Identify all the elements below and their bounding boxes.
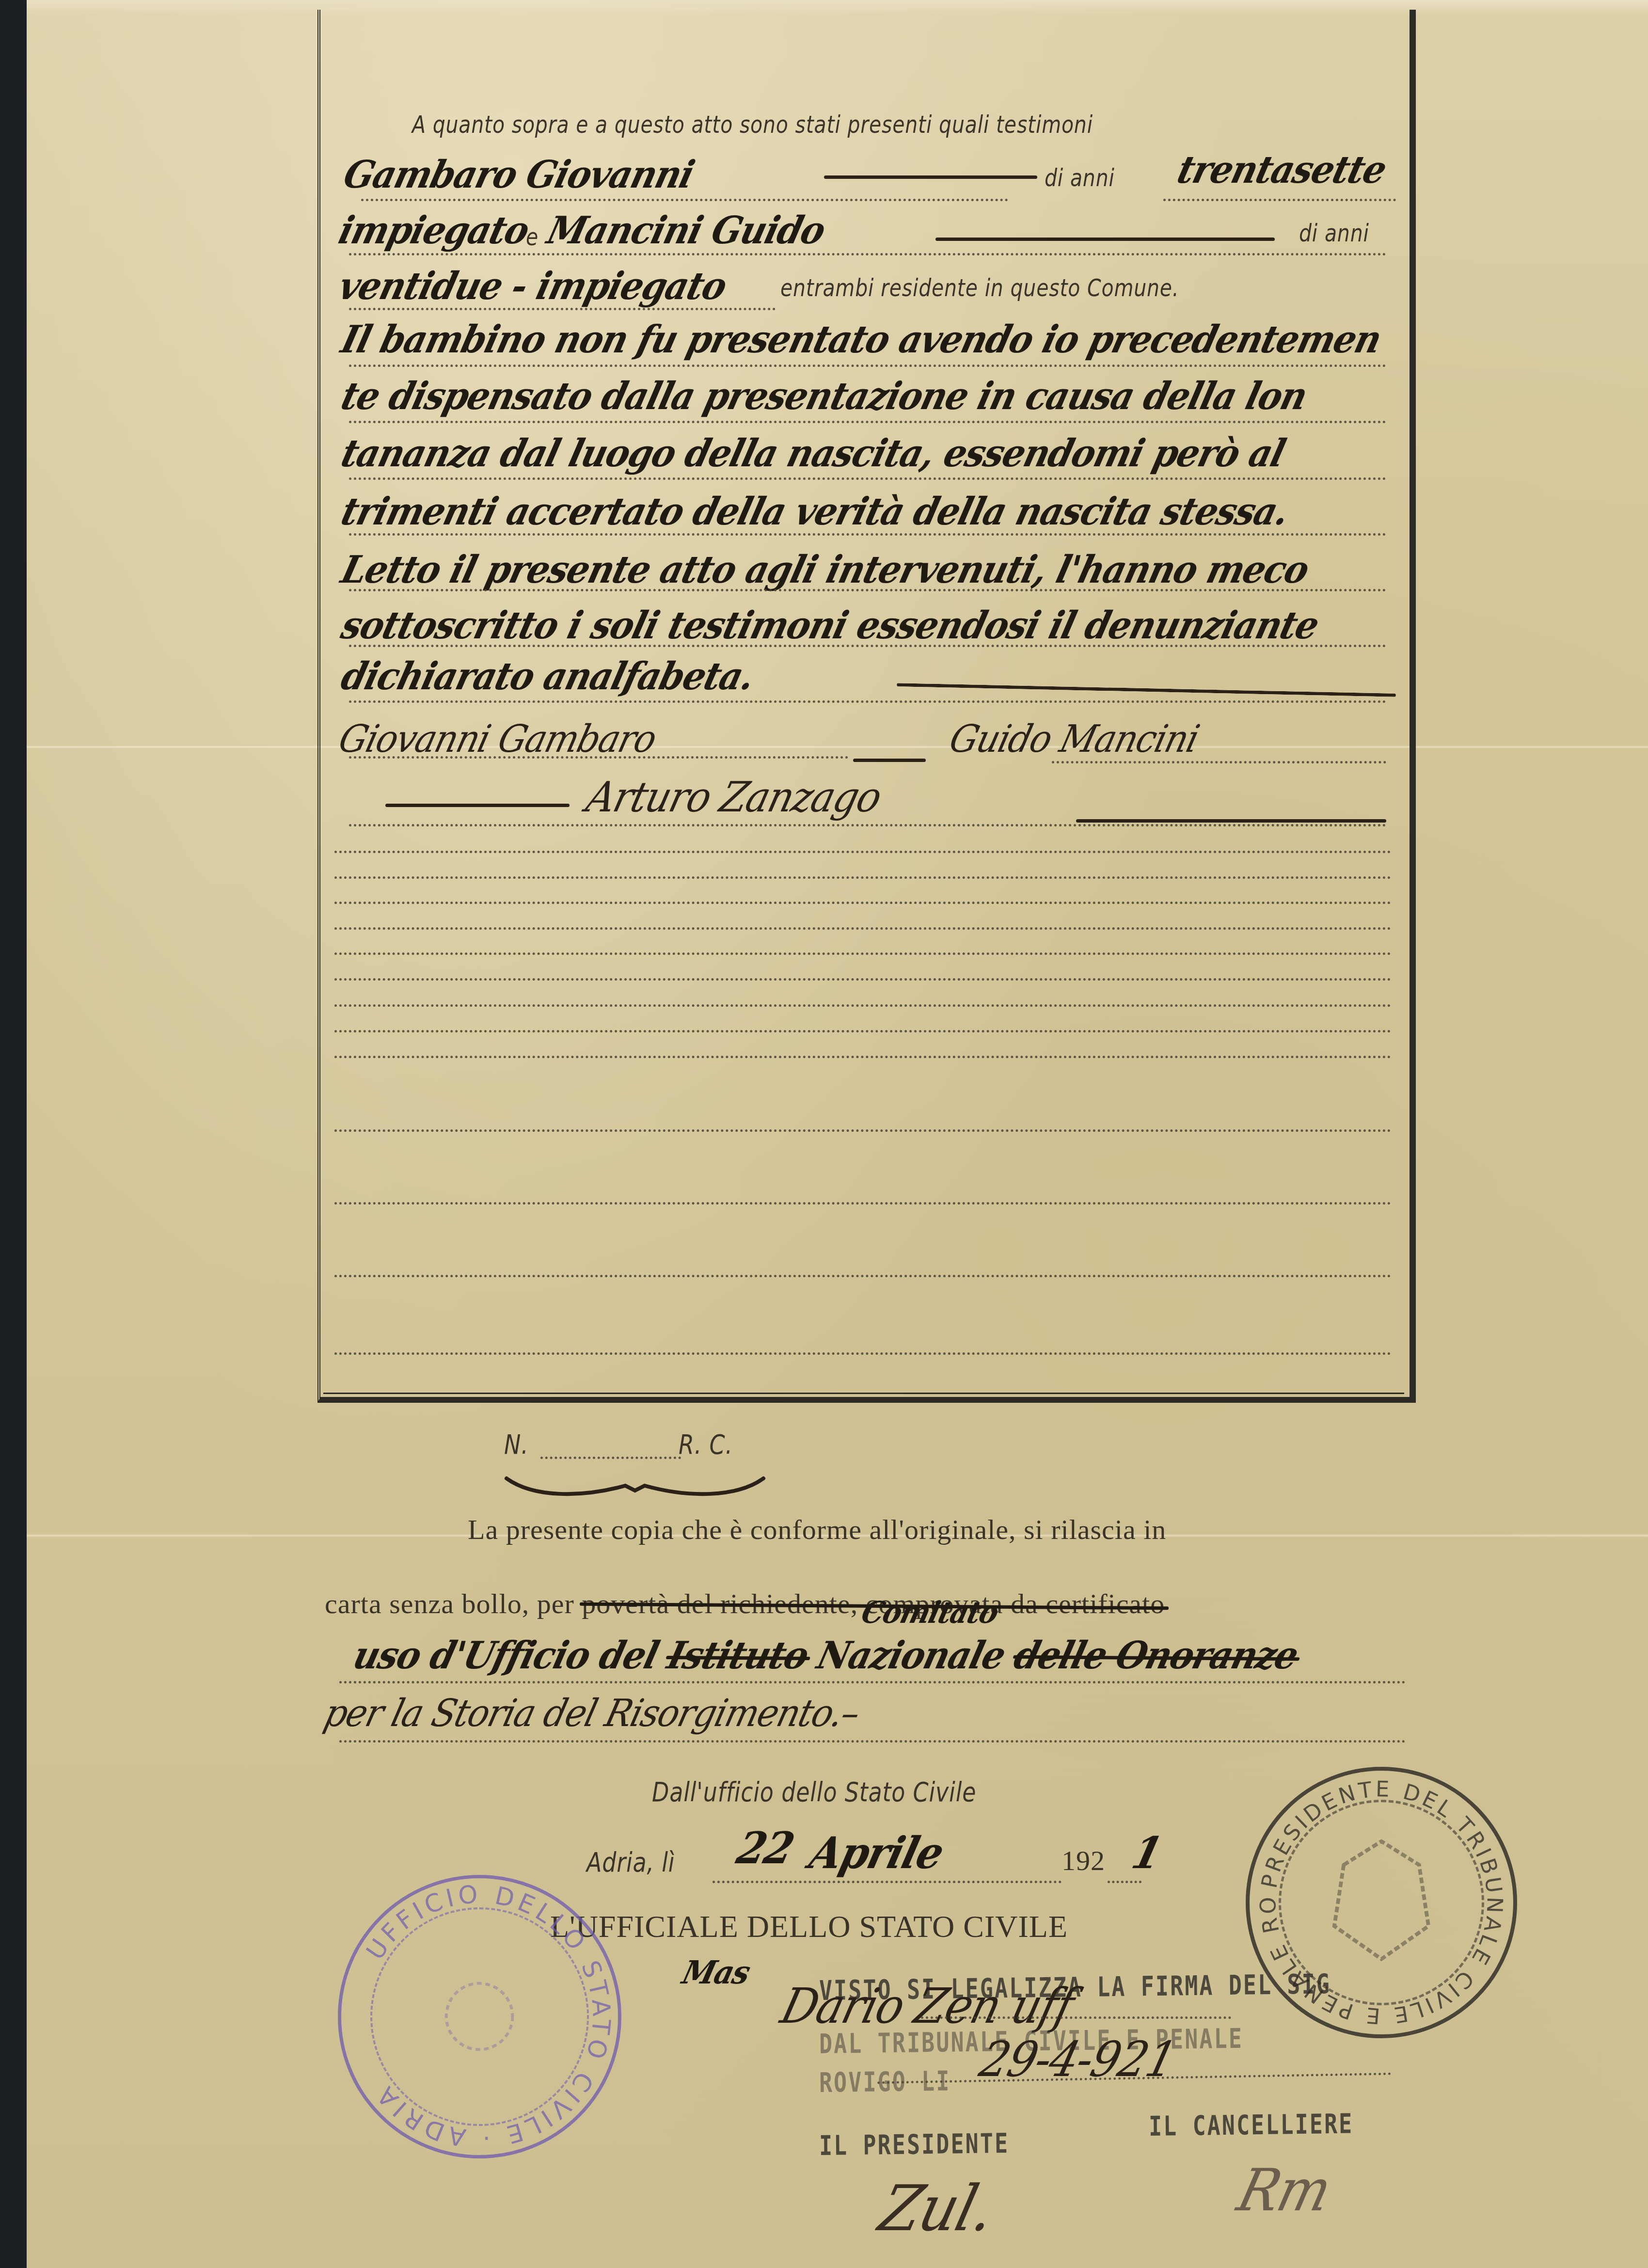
stamp-ring-text: UFFICIO DELLO STATO CIVILE · ADRIA: [341, 1878, 618, 2155]
empty-dotted-line: [334, 851, 1391, 853]
purpose-line-1: uso d'Ufficio del Istituto Nazionale del…: [349, 1634, 1302, 1678]
dotted-line: [361, 199, 1008, 201]
inserted-word: Comitato: [858, 1595, 1002, 1630]
dotted-line: [349, 533, 1386, 536]
intro-text: A quanto sopra e a questo atto sono stat…: [412, 111, 1093, 139]
dotted-line: [339, 1740, 1406, 1743]
chancellor-signature: Rm: [1231, 2157, 1337, 2224]
dotted-line: [349, 365, 1386, 367]
filler-dash: [824, 175, 1037, 179]
dotted-line: [1052, 761, 1386, 763]
signature-witness2: Guido Mancini: [945, 717, 1203, 761]
dotted-line: [349, 756, 848, 759]
empty-dotted-line: [334, 952, 1391, 955]
purpose-line-2: per la Storia del Risorgimento.–: [320, 1692, 864, 1735]
signature-witness1: Giovanni Gambaro: [334, 717, 660, 761]
empty-dotted-line: [334, 1202, 1391, 1205]
filler-dash: [853, 759, 926, 762]
chancellor-label: IL CANCELLIERE: [1149, 2108, 1354, 2142]
residence-text: entrambi residente in questo Comune.: [780, 274, 1179, 302]
empty-dotted-line: [334, 902, 1391, 904]
place-label: Adria, lì: [586, 1847, 675, 1878]
empty-dotted-line: [334, 1056, 1391, 1058]
empty-dotted-line: [334, 1352, 1391, 1355]
empty-dotted-line: [334, 978, 1391, 981]
issuing-office: Dall'ufficio dello Stato Civile: [652, 1776, 976, 1808]
dotted-line: [1163, 199, 1396, 201]
certification-line-1: La presente copia che è conforme all'ori…: [468, 1513, 1166, 1546]
dotted-line: [713, 1881, 1062, 1883]
president-signature: Zul.: [872, 2172, 1002, 2245]
empty-dotted-line: [334, 1129, 1391, 1132]
dotted-line: [349, 253, 1386, 255]
witness1-profession: impiegato: [334, 208, 533, 253]
empty-dotted-line: [334, 1275, 1391, 1277]
officer-title: L'UFFICIALE DELLO STATO CIVILE: [550, 1909, 1068, 1945]
ornament-flourish-icon: [504, 1469, 766, 1503]
registry-n-label: N.: [504, 1429, 529, 1460]
dotted-line: [349, 589, 1386, 591]
conjunction: e: [526, 223, 539, 251]
body-line-2: te dispensato dalla presentazione in cau…: [337, 374, 1311, 418]
empty-dotted-line: [334, 927, 1391, 930]
empty-dotted-line: [334, 1004, 1391, 1007]
filler-dash: [935, 238, 1275, 241]
svg-text:UFFICIO DELLO STATO CIVILE · A: UFFICIO DELLO STATO CIVILE · ADRIA: [361, 1880, 616, 2153]
body-line-3: tananza dal luogo della nascita, essendo…: [337, 431, 1289, 476]
dotted-line: [349, 645, 1386, 647]
civil-registry-stamp: UFFICIO DELLO STATO CIVILE · ADRIA: [338, 1875, 621, 2158]
age-label-2: di anni: [1299, 219, 1369, 247]
dotted-line: [349, 477, 1386, 480]
dotted-line: [349, 308, 776, 310]
age-label-1: di anni: [1045, 164, 1115, 192]
dotted-line: [349, 700, 1386, 703]
witness2-age-profession: ventidue - impiegato: [334, 264, 731, 308]
dotted-line: [349, 824, 1386, 826]
dotted-line: [1108, 1881, 1141, 1883]
registry-rc-label: R. C.: [679, 1429, 733, 1460]
witness1-age: trentasette: [1173, 148, 1391, 192]
certification-line-2: carta senza bollo, per povertà del richi…: [325, 1587, 1165, 1620]
empty-dotted-line: [334, 876, 1391, 879]
witness2-name: Mancini Guido: [543, 208, 829, 253]
issue-year-printed: 192: [1062, 1844, 1105, 1877]
certification-prefix: carta senza bollo, per: [325, 1588, 574, 1619]
body-line-6: sottoscritto i soli testimoni essendosi …: [337, 603, 1323, 648]
body-line-7: dichiarato analfabeta.: [337, 654, 759, 698]
empty-dotted-line: [334, 1030, 1391, 1032]
body-line-5: Letto il presente atto agli intervenuti,…: [337, 548, 1313, 592]
body-line-4: trimenti accertato della verità della na…: [337, 490, 1293, 534]
dotted-line: [349, 421, 1386, 423]
officer-signature: Mas: [679, 1953, 754, 1991]
dotted-line: [921, 2016, 1231, 2019]
president-label: IL PRESIDENTE: [819, 2128, 1010, 2162]
signature-officer: Arturo Zanzago: [582, 773, 886, 822]
dotted-line: [339, 1681, 1406, 1683]
filler-dash: [1076, 819, 1386, 823]
issue-month: Aprile: [805, 1827, 949, 1879]
witness1-name: Gambaro Giovanni: [339, 153, 698, 197]
filler-dash: [385, 804, 570, 807]
registry-number-field: [540, 1457, 681, 1459]
body-line-1: Il bambino non fu presentato avendo io p…: [337, 317, 1385, 362]
